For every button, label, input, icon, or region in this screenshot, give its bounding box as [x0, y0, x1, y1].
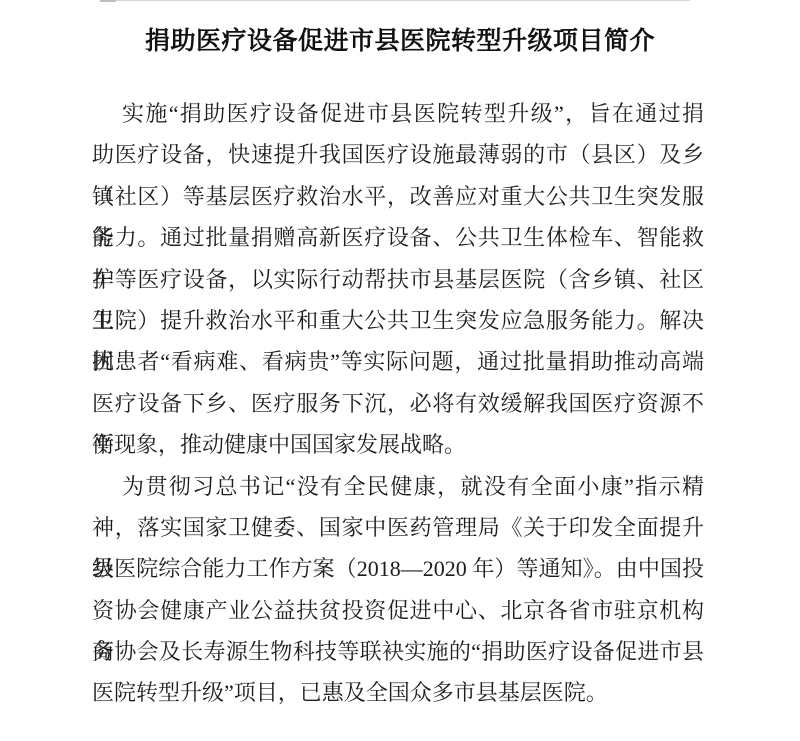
paragraph: 实施“捐助医疗设备促进市县医院转型升级”，旨在通过捐助医疗设备，快速提升我国医疗… — [92, 93, 704, 466]
text-line: 资协会健康产业公益扶贫投资促进中心、北京各省市驻京机构商 — [92, 590, 704, 631]
document-page: 捐助医疗设备促进市县医院转型升级项目简介 实施“捐助医疗设备促进市县医院转型升级… — [0, 0, 800, 741]
text-line: 能力。通过批量捐赠高新医疗设备、公共卫生体检车、智能救护 — [92, 217, 704, 258]
top-edge-hairline — [100, 0, 690, 1]
text-line: 实施“捐助医疗设备促进市县医院转型升级”，旨在通过捐 — [92, 93, 704, 134]
document-title: 捐助医疗设备促进市县医院转型升级项目简介 — [0, 26, 800, 58]
paragraph: 为贯彻习总书记“没有全民健康，就没有全面小康”指示精神，落实国家卫健委、国家中医… — [92, 466, 704, 714]
text-line: 务协会及长寿源生物科技等联袂实施的“捐助医疗设备促进市县 — [92, 631, 704, 672]
text-line: （社区）等基层医疗救治水平，改善应对重大公共卫生突发服务 — [92, 176, 704, 217]
text-line: 医疗设备下乡、医疗服务下沉，必将有效缓解我国医疗资源不平 — [92, 383, 704, 424]
text-line: 为贯彻习总书记“没有全民健康，就没有全面小康”指示精 — [92, 466, 704, 507]
text-line: 助医疗设备，快速提升我国医疗设施最薄弱的市（县区）及乡镇 — [92, 134, 704, 175]
text-line: 医院转型升级”项目，已惠及全国众多市县基层医院。 — [92, 672, 704, 713]
text-line: 衡现象，推动健康中国国家发展战略。 — [92, 424, 704, 465]
text-line: 级医院综合能力工作方案（2018—2020 年）等通知》。由中国投 — [92, 548, 704, 589]
document-body: 实施“捐助医疗设备促进市县医院转型升级”，旨在通过捐助医疗设备，快速提升我国医疗… — [92, 93, 704, 714]
text-line: 神，落实国家卫健委、国家中医药管理局《关于印发全面提升县 — [92, 507, 704, 548]
text-line: 车等医疗设备，以实际行动帮扶市县基层医院（含乡镇、社区卫 — [92, 259, 704, 300]
text-line: 生院）提升救治水平和重大公共卫生突发应急服务能力。解决困 — [92, 300, 704, 341]
text-line: 扰患者“看病难、看病贵”等实际问题，通过批量捐助推动高端 — [92, 341, 704, 382]
top-edge-hairline-dark-segment — [100, 0, 116, 2]
